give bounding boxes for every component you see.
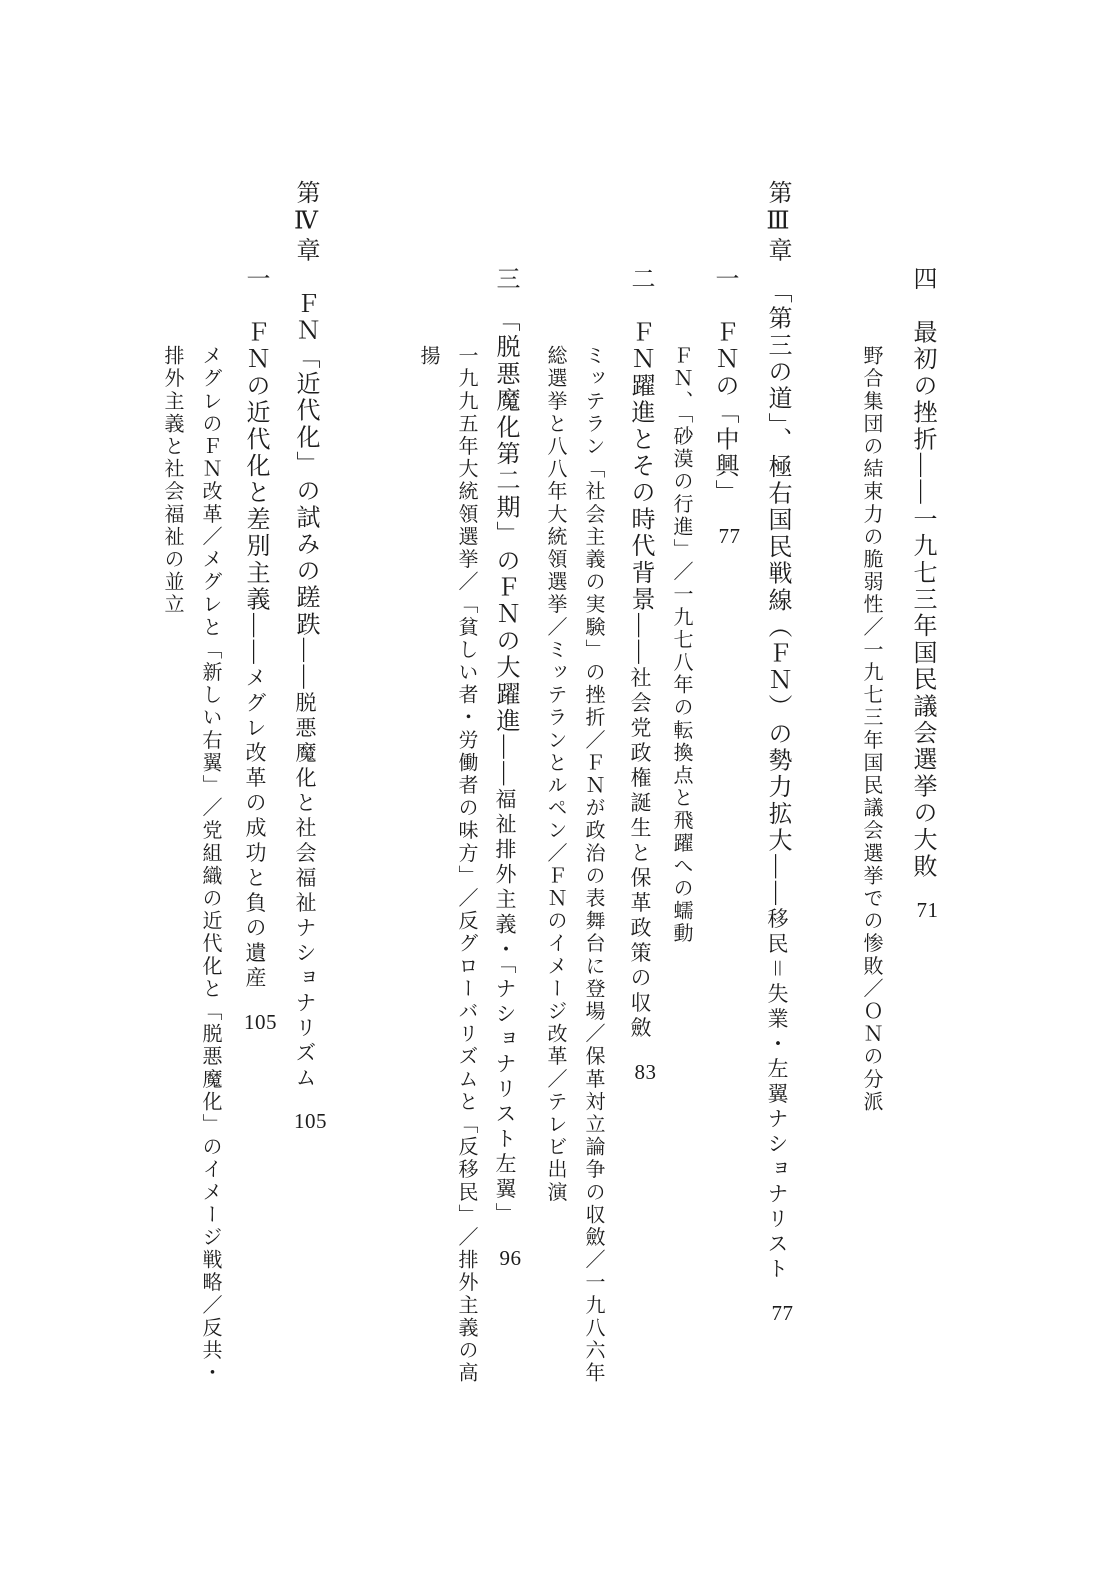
toc-annotation-section-2-line-2: 総選挙と八八年大統領選挙／ミッテランとルペン／ＦＮのイメージ改革／テレビ出演 xyxy=(537,0,573,1591)
entry-text: 排外主義と社会福祉の並立 xyxy=(161,345,183,616)
page-number: 105 xyxy=(244,1012,277,1033)
page-number: 83 xyxy=(635,1062,657,1083)
entry-text: 二 ＦＮ躍進とその時代背景―― xyxy=(627,266,653,667)
page-number: 96 xyxy=(500,1248,522,1269)
entry-text: 一 ＦＮの「中興」 xyxy=(711,266,737,506)
entry-subtitle: 移民＝失業・左翼ナショナリスト xyxy=(765,908,789,1283)
entry-subtitle: メグレ改革の成功と負の遺産 xyxy=(243,667,267,992)
toc-section-1-fn-revival: 一 ＦＮの「中興」77 xyxy=(707,0,741,1591)
entry-subtitle: 脱悪魔化と社会福祉ナショナリズム xyxy=(293,691,317,1091)
entry-text: 第Ⅳ章 ＦＮ「近代化」の試みの蹉跌―― xyxy=(292,180,318,691)
page-number: 71 xyxy=(917,900,939,921)
toc-chapter-3-title: 第Ⅲ章 「第三の道」、極右国民戦線（ＦＮ）の勢力拡大――移民＝失業・左翼ナショナ… xyxy=(760,0,794,1591)
entry-text: 四 最初の挫折――一九七三年国民議会選挙の大敗 xyxy=(909,266,935,880)
toc-annotation-section-3-line-2: 揚 xyxy=(410,0,446,1591)
toc-section-2-fn-advance: 二 ＦＮ躍進とその時代背景――社会党政権誕生と保革政策の収斂83 xyxy=(623,0,657,1591)
page-number: 77 xyxy=(719,526,741,547)
entry-text: 揚 xyxy=(417,345,439,368)
entry-subtitle: 福祉排外主義・「ナショナリスト左翼」 xyxy=(493,788,517,1228)
entry-text: 一 ＦＮの近代化と差別主義―― xyxy=(242,266,268,667)
entry-text: ミッテラン「社会主義の実験」の挫折／ＦＮが政治の表舞台に登場／保革対立論争の収斂… xyxy=(582,345,604,1385)
toc-page: 四 最初の挫折――一九七三年国民議会選挙の大敗71 野合集団の結束力の脆弱性／一… xyxy=(0,0,1100,1591)
entry-text: 一九九五年大統領選挙／「貧しい者・労働者の味方」／反グローバリズムと「反移民」／… xyxy=(455,345,477,1385)
toc-annotation-section-2-line-1: ミッテラン「社会主義の実験」の挫折／ＦＮが政治の表舞台に登場／保革対立論争の収斂… xyxy=(575,0,611,1591)
entry-text: 三 「脱悪魔化第二期」のＦＮの大躍進―― xyxy=(492,266,518,788)
entry-text: 総選挙と八八年大統領選挙／ミッテランとルペン／ＦＮのイメージ改革／テレビ出演 xyxy=(544,345,566,1204)
toc-chapter-4-title: 第Ⅳ章 ＦＮ「近代化」の試みの蹉跌――脱悪魔化と社会福祉ナショナリズム105 xyxy=(288,0,327,1591)
toc-annotation-section-4: 野合集団の結束力の脆弱性／一九七三年国民議会選挙での惨敗／ＯＮの分派 xyxy=(853,0,889,1591)
toc-annotation-modernization-line-1: メグレのＦＮ改革／メグレと「新しい右翼」／党組織の近代化と「脱悪魔化」のイメージ… xyxy=(192,0,228,1591)
entry-text: メグレのＦＮ改革／メグレと「新しい右翼」／党組織の近代化と「脱悪魔化」のイメージ… xyxy=(199,345,221,1385)
toc-annotation-modernization-line-2: 排外主義と社会福祉の並立 xyxy=(154,0,190,1591)
toc-section-4-first-setback: 四 最初の挫折――一九七三年国民議会選挙の大敗71 xyxy=(905,0,939,1591)
toc-annotation-section-1: ＦＮ、「砂漠の行進」／一九七八年の転換点と飛躍への蠕動 xyxy=(663,0,699,1591)
toc-vertical-text-block: 四 最初の挫折――一九七三年国民議会選挙の大敗71 野合集団の結束力の脆弱性／一… xyxy=(0,0,1100,1591)
entry-text: 野合集団の結束力の脆弱性／一九七三年国民議会選挙での惨敗／ＯＮの分派 xyxy=(860,345,882,1113)
toc-annotation-section-3-line-1: 一九九五年大統領選挙／「貧しい者・労働者の味方」／反グローバリズムと「反移民」／… xyxy=(448,0,484,1591)
entry-text: ＦＮ、「砂漠の行進」／一九七八年の転換点と飛躍への蠕動 xyxy=(670,345,692,945)
entry-subtitle: 社会党政権誕生と保革政策の収斂 xyxy=(628,667,652,1042)
page-number: 105 xyxy=(294,1111,327,1132)
page-number: 77 xyxy=(772,1303,794,1324)
entry-text: 第Ⅲ章 「第三の道」、極右国民戦線（ＦＮ）の勢力拡大―― xyxy=(764,180,790,908)
toc-section-1-fn-modernization: 一 ＦＮの近代化と差別主義――メグレ改革の成功と負の遺産105 xyxy=(238,0,277,1591)
toc-section-3-dedemonization: 三 「脱悪魔化第二期」のＦＮの大躍進――福祉排外主義・「ナショナリスト左翼」96 xyxy=(488,0,522,1591)
